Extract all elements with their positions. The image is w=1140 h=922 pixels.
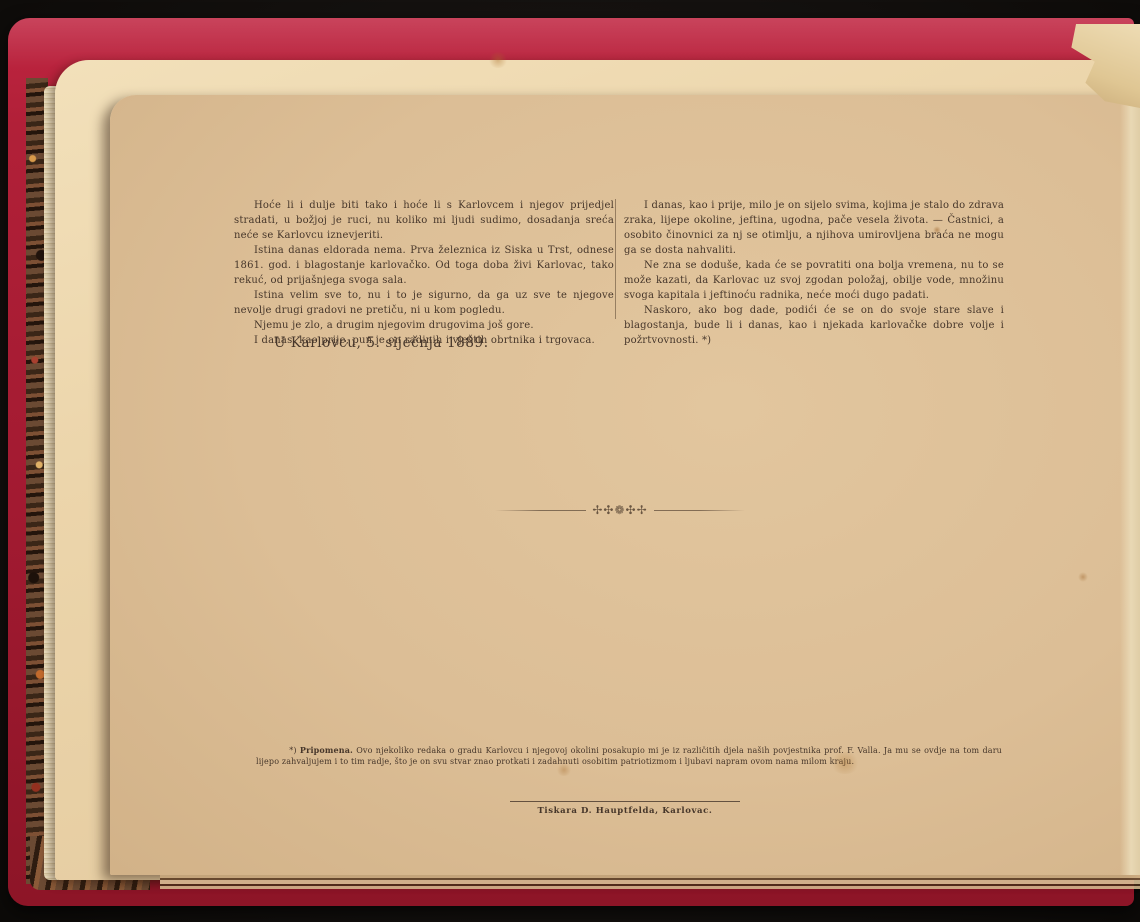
text-column-right: I danas, kao i prije, milo je on sijelo … bbox=[624, 198, 1004, 348]
page-stack-bottom-edges bbox=[160, 875, 1140, 889]
footnote-marker: *) bbox=[289, 746, 296, 755]
printed-page: Hoće li i dulje biti tako i hoće li s Ka… bbox=[110, 95, 1140, 875]
footnote: *) Pripomena. Ovo njekoliko redaka o gra… bbox=[256, 745, 1002, 767]
body-paragraph: Ne zna se doduše, kada će se povratiti o… bbox=[624, 258, 1004, 303]
dateline: U Karlovcu, 5. siječnja 1889. bbox=[274, 335, 489, 351]
ornament-divider-icon: ✢✣❁✣✢ bbox=[495, 503, 745, 517]
ornament-rule-right bbox=[654, 510, 745, 511]
body-paragraph: Hoće li i dulje biti tako i hoće li s Ka… bbox=[234, 198, 614, 243]
book-photo: Hoće li i dulje biti tako i hoće li s Ka… bbox=[0, 0, 1140, 922]
printer-imprint: Tiskara D. Hauptfelda, Karlovac. bbox=[510, 801, 740, 816]
column-divider-rule bbox=[615, 199, 616, 319]
body-paragraph: Istina velim sve to, nu i to je sigurno,… bbox=[234, 288, 614, 318]
page-worn-right-edge bbox=[1120, 95, 1140, 875]
body-paragraph: I danas, kao i prije, milo je on sijelo … bbox=[624, 198, 1004, 258]
text-column-left: Hoće li i dulje biti tako i hoće li s Ka… bbox=[234, 198, 614, 348]
body-paragraph: Istina danas eldorada nema. Prva železni… bbox=[234, 243, 614, 288]
body-paragraph: Njemu je zlo, a drugim njegovim drugovim… bbox=[234, 318, 614, 333]
footnote-label: Pripomena. bbox=[300, 745, 353, 755]
body-paragraph: Naskoro, ako bog dade, podići će se on d… bbox=[624, 303, 1004, 348]
ornament-rule-left bbox=[495, 510, 586, 511]
footnote-text-2: što je on svu stvar znao protkati i zada… bbox=[395, 757, 855, 766]
ornament-rosette-icon: ✢✣❁✣✢ bbox=[586, 503, 653, 517]
